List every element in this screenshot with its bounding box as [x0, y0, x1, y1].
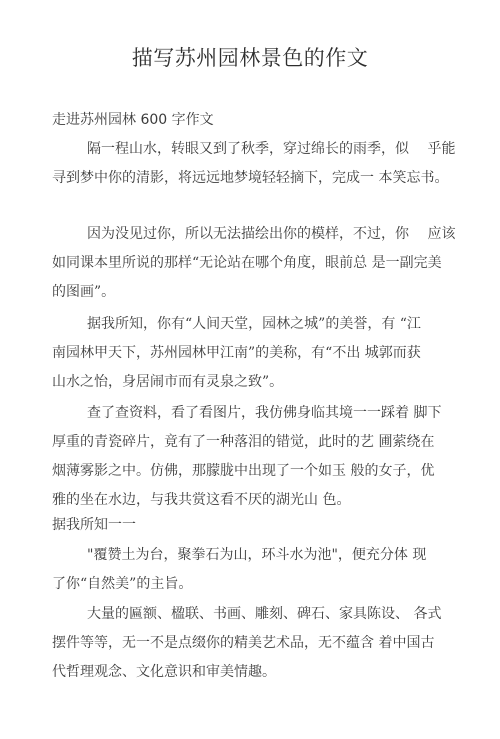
text-line: 寻到梦中你的清影，将远远地梦境轻轻摘下，完成一 本笑忘书。 [52, 168, 452, 188]
text-line: 的图画”。 [52, 282, 452, 302]
text-line: 大量的匾额、楹联、书画、雕刻、碑石、家具陈设、 各式 [87, 604, 487, 624]
essay-heading: 走进苏州园林 600 字作文 [52, 109, 214, 129]
text-line: 隔一程山水，转眼又到了秋季，穿过绵长的雨季，似 乎能 [87, 139, 487, 159]
text-line: 据我所知一一 [52, 515, 452, 535]
text-line: 雅的坐在水边，与我共赏这看不厌的湖光山 色。 [52, 490, 452, 510]
text-line: 烟薄雾影之中。仿佛，那朦胧中出现了一个如玉 般的女子，优 [52, 461, 452, 481]
text-line: 因为没见过你，所以无法描绘出你的模样，不过，你 应该 [87, 224, 487, 244]
text-line: 厚重的青瓷碎片，竟有了一种落泪的错觉，此时的艺 圃萦绕在 [52, 432, 452, 452]
text-line: "覆赞土为台，聚拳石为山，环斗水为池"，便充分体 现 [87, 545, 487, 565]
text-line: 代哲理观念、文化意识和审美情趣。 [52, 662, 452, 682]
text-line: 如同课本里所说的那样“无论站在哪个角度，眼前总 是一副完美 [52, 253, 452, 273]
text-line: 了你“自然美”的主旨。 [52, 574, 452, 594]
text-line: 山水之怡，身居闹市而有灵泉之致”。 [52, 372, 452, 392]
text-line: 南园林甲天下，苏州园林甲江南”的美称，有“不出 城郭而获 [52, 343, 452, 363]
document-title: 描写苏州园林景色的作文 [0, 42, 500, 72]
document-page: 描写苏州园林景色的作文 走进苏州园林 600 字作文 隔一程山水，转眼又到了秋季… [0, 0, 500, 739]
text-line: 据我所知，你有“人间天堂，园林之城”的美誉，有 “江 [87, 314, 487, 334]
text-line: 查了查资料，看了看图片，我仿佛身临其境一一踩着 脚下 [87, 403, 487, 423]
text-line: 摆件等等，无一不是点缀你的精美艺术品，无不蕴含 着中国古 [52, 633, 452, 653]
